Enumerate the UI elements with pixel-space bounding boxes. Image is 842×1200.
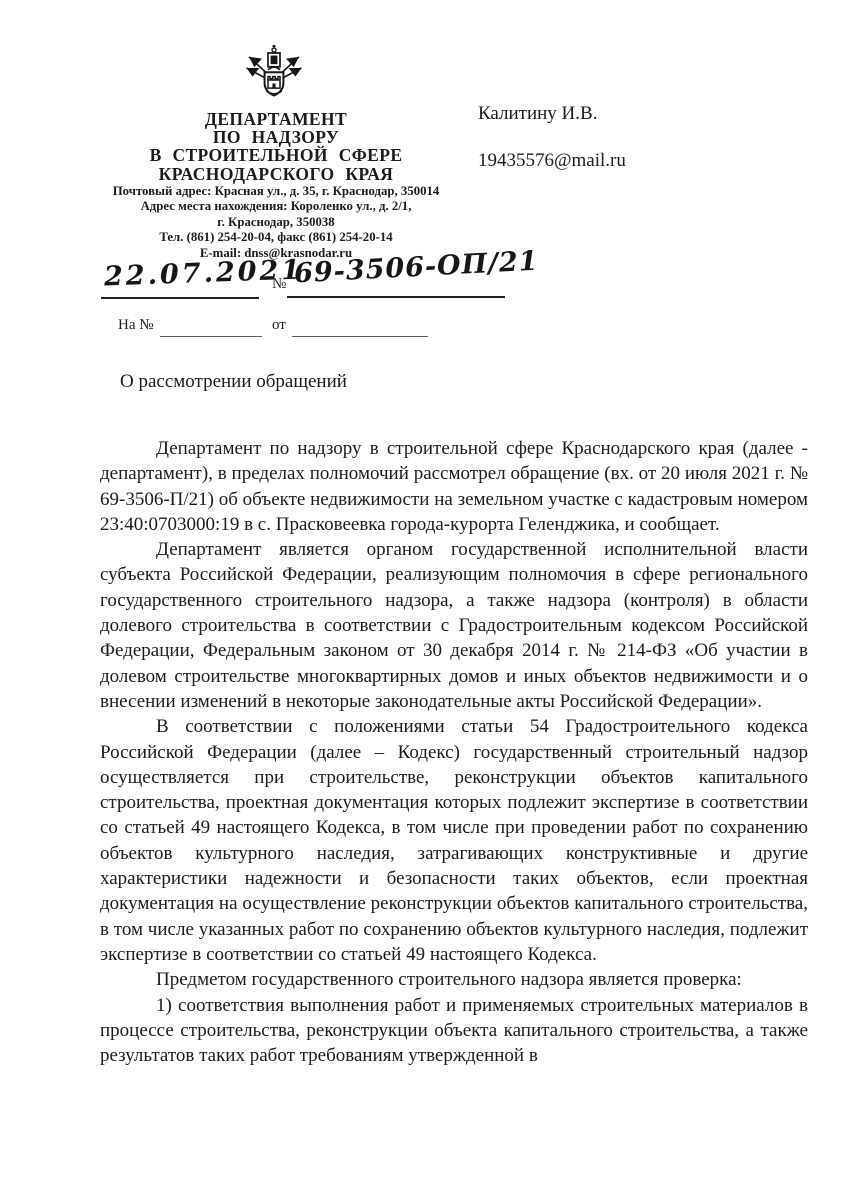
recipient-name: Калитину И.В. <box>478 103 626 125</box>
org-name-line-3: В СТРОИТЕЛЬНОЙ СФЕРЕ <box>86 146 466 164</box>
krasnodar-krai-coat-of-arms-icon <box>244 40 304 108</box>
body-paragraph-3: В соответствии с положениями статьи 54 Г… <box>100 714 808 967</box>
recipient-block: Калитину И.В. 19435576@mail.ru <box>478 103 626 172</box>
scanned-letter-page: ДЕПАРТАМЕНТ ПО НАДЗОРУ В СТРОИТЕЛЬНОЙ СФ… <box>0 0 842 1200</box>
body-paragraph-1: Департамент по надзору в строительной сф… <box>100 436 808 537</box>
location-address-line: Адрес места нахождения: Короленко ул., д… <box>66 199 486 214</box>
body-paragraph-2: Департамент является органом государстве… <box>100 537 808 714</box>
letter-body: Департамент по надзору в строительной сф… <box>100 436 808 1068</box>
number-sign-label: № <box>272 276 286 293</box>
letter-subject: О рассмотрении обращений <box>120 371 347 393</box>
letterhead-address: Почтовый адрес: Красная ул., д. 35, г. К… <box>66 184 486 261</box>
reply-date-blank <box>292 336 428 337</box>
letterhead-org-name: ДЕПАРТАМЕНТ ПО НАДЗОРУ В СТРОИТЕЛЬНОЙ СФ… <box>86 110 466 183</box>
reply-number-label: На № <box>118 317 154 334</box>
reply-number-blank <box>160 336 262 337</box>
city-line: г. Краснодар, 350038 <box>66 215 486 230</box>
postal-address-line: Почтовый адрес: Красная ул., д. 35, г. К… <box>66 184 486 199</box>
org-name-line-2: ПО НАДЗОРУ <box>86 128 466 146</box>
reply-from-label: от <box>272 317 286 334</box>
phone-fax-line: Тел. (861) 254-20-04, факс (861) 254-20-… <box>66 230 486 245</box>
number-underline <box>287 296 505 298</box>
date-underline <box>101 297 259 299</box>
org-name-line-1: ДЕПАРТАМЕНТ <box>86 110 466 128</box>
body-paragraph-5: 1) соответствия выполнения работ и приме… <box>100 993 808 1069</box>
recipient-email: 19435576@mail.ru <box>478 150 626 172</box>
org-name-line-4: КРАСНОДАРСКОГО КРАЯ <box>86 165 466 183</box>
body-paragraph-4: Предметом государственного строительного… <box>100 967 808 992</box>
